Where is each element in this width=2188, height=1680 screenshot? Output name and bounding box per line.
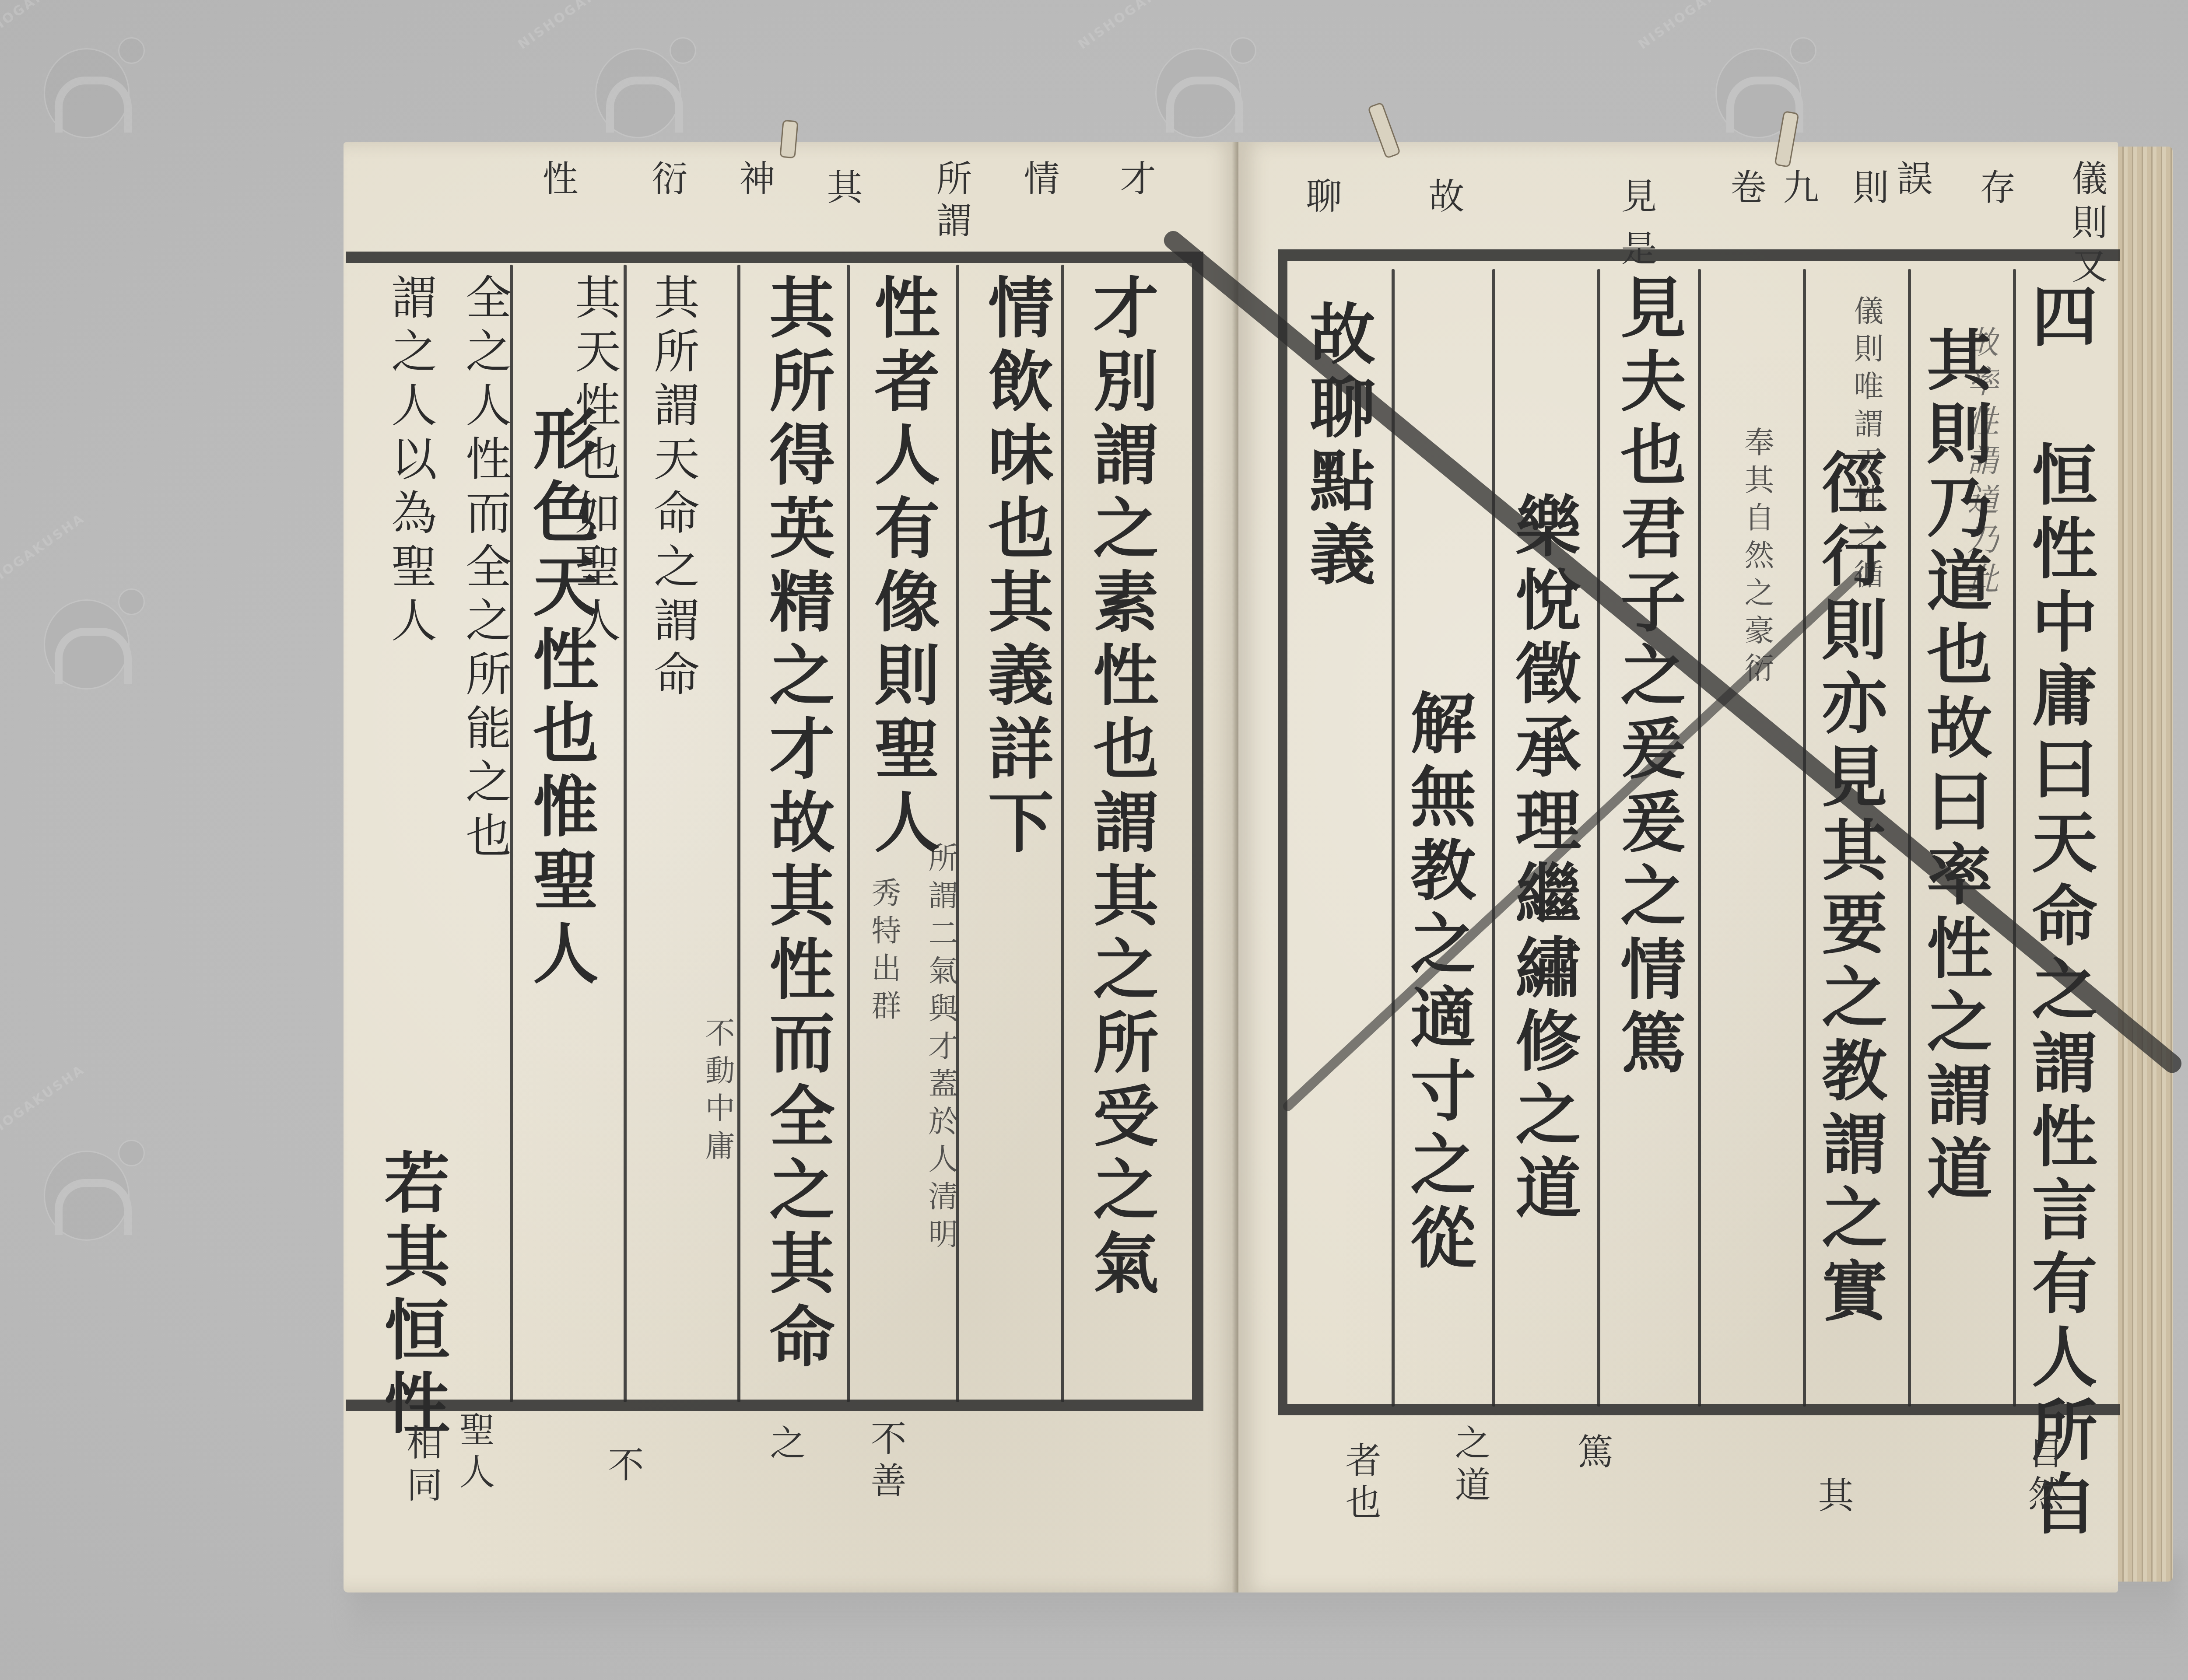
column-rule	[1698, 269, 1701, 1407]
text-column: 情飲味也其義詳下	[982, 273, 1048, 861]
column-rule	[1492, 269, 1495, 1407]
open-book: 才 情 所謂 其 神 衍 性 才別謂之素性也謂其之所受之氣 情飲味也其義詳下 所…	[344, 142, 2173, 1592]
header-annotation: 誤	[1886, 160, 1937, 202]
nishogakusha-logo-icon: NISHOGAKUSHA	[18, 569, 149, 700]
text-column: 樂悅徵承理繼繡修之道	[1510, 492, 1575, 1227]
text-column: 全之人性而全之所能之也	[462, 273, 508, 865]
column-rule	[1597, 269, 1600, 1407]
header-annotation: 則	[2061, 203, 2112, 245]
binding-string	[779, 120, 798, 159]
footer-annotation: 其	[1807, 1477, 1858, 1519]
header-annotation: 卷	[1720, 168, 1771, 210]
header-annotation: 其	[816, 168, 867, 210]
nishogakusha-logo-icon: NISHOGAKUSHA	[569, 17, 700, 149]
page-stack-edge	[2118, 147, 2173, 1582]
text-column: 形色天性也惟聖人	[527, 405, 593, 993]
annotation-column: 不動中庸	[702, 1017, 732, 1168]
header-annotation: 性	[532, 160, 583, 202]
header-annotation: 存	[1969, 168, 2020, 210]
text-column: 其則乃道也故曰率性之謂道	[1921, 326, 1987, 1208]
header-annotation: 九	[1772, 168, 1823, 210]
footer-annotation: 者也	[1335, 1442, 1386, 1526]
footer-annotation: 不	[597, 1446, 649, 1488]
nishogakusha-logo-icon: NISHOGAKUSHA	[18, 1120, 149, 1251]
nishogakusha-logo-icon: NISHOGAKUSHA	[1129, 17, 1260, 149]
footer-annotation: 之道	[1444, 1424, 1495, 1508]
text-column: 才別謂之素性也謂其之所受之氣	[1087, 273, 1153, 1302]
column-rule	[1392, 269, 1395, 1407]
text-column: 見夫也君子之爰爰之情篤	[1615, 273, 1680, 1082]
footer-annotation: 聖人	[449, 1411, 500, 1495]
header-annotation: 是	[1610, 230, 1662, 272]
header-annotation: 見	[1610, 177, 1662, 219]
footer-annotation: 自然	[2017, 1433, 2069, 1517]
header-annotation: 才	[1109, 160, 1161, 202]
text-column: 其所謂天命之謂命	[650, 273, 696, 704]
footer-annotation: 之	[759, 1424, 810, 1466]
column-rule	[847, 265, 850, 1402]
text-column: 性者人有像則聖人	[869, 273, 934, 861]
header-annotation: 則	[1842, 168, 1893, 210]
footer-annotation: 篤	[1567, 1433, 1618, 1475]
header-annotation: 神	[729, 160, 780, 202]
footer-annotation: 不善	[860, 1420, 911, 1504]
header-annotation: 聊	[1295, 177, 1346, 219]
header-annotation: 衍	[641, 160, 692, 202]
column-rule	[1803, 269, 1806, 1407]
column-rule	[2013, 269, 2016, 1407]
left-page: 才 情 所謂 其 神 衍 性 才別謂之素性也謂其之所受之氣 情飲味也其義詳下 所…	[344, 142, 1238, 1592]
nishogakusha-logo-icon: NISHOGAKUSHA	[1689, 17, 1820, 149]
column-rule	[624, 265, 627, 1402]
text-column: 四 恒性中庸曰天命之謂性言有人所自	[2026, 282, 2092, 1543]
annotation-column: 秀特出群	[869, 877, 898, 1028]
footer-annotation: 相同	[396, 1424, 447, 1508]
annotation-column: 所謂二氣與才蓋於人清明	[926, 842, 955, 1256]
right-page: 儀 則 又 存 誤 則 九 卷 見 是 故 聊 四 恒性中庸曰天命之謂性言有人所…	[1238, 142, 2118, 1592]
text-column: 謂之人以為聖人	[387, 273, 433, 650]
header-annotation: 情	[1013, 160, 1064, 202]
nishogakusha-logo-icon: NISHOGAKUSHA	[18, 17, 149, 149]
annotation-column: 奉其自然之豪衍	[1742, 427, 1771, 690]
header-annotation: 故	[1418, 177, 1469, 219]
header-annotation: 儀	[2061, 160, 2112, 202]
column-rule	[737, 265, 740, 1402]
column-rule	[1061, 265, 1064, 1402]
header-annotation: 所謂	[926, 160, 977, 244]
text-column: 其所得英精之才故其性而全之其命	[764, 273, 829, 1376]
text-column: 故聊點義	[1304, 300, 1370, 594]
text-column: 若其恒性	[379, 1148, 444, 1442]
